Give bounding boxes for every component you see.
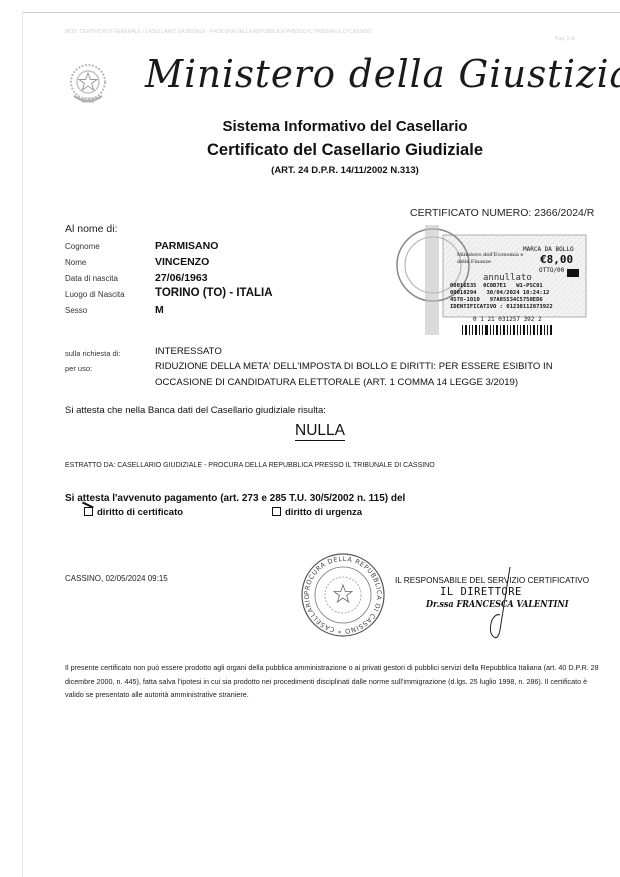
field-label-surname: Cognome (65, 242, 100, 251)
stamp-header: MARCA DA BOLLO (523, 246, 574, 253)
result-statement: Si attesta che nella Banca dati del Case… (65, 405, 326, 416)
result-value: NULLA (0, 422, 620, 440)
stamp-issuer: Ministero dell'Economia e delle Finanze (457, 252, 527, 266)
field-value-name: VINCENZO (155, 256, 209, 268)
field-label-name: Nome (65, 258, 86, 267)
law-reference: (ART. 24 D.P.R. 14/11/2002 N.313) (0, 165, 620, 176)
checkbox-label: diritto di certificato (97, 507, 183, 518)
checkbox-diritto-urgenza: diritto di urgenza (272, 507, 362, 518)
stamp-barcode-number: 0 1 21 031257 392 2 (473, 316, 542, 323)
ministry-title: Ministero della Giustizia (145, 52, 620, 96)
requested-by-value: INTERESSATO (155, 344, 605, 360)
field-value-birthplace: TORINO (TO) - ITALIA (155, 287, 273, 299)
stamp-overprint: annullato (483, 273, 532, 283)
subject-heading: Al nome di: (65, 223, 118, 235)
stamp-code: 4578-1010 (450, 297, 480, 303)
checkbox-diritto-certificato: diritto di certificato (84, 507, 183, 518)
certificate-number: CERTIFICATO NUMERO: 2366/2024/R (410, 207, 594, 219)
field-value-birthdate: 27/06/1963 (155, 272, 208, 284)
use-value: RIDUZIONE DELLA META' DELL'IMPOSTA DI BO… (155, 359, 605, 391)
checked-box-icon (84, 507, 93, 516)
field-label-birthplace: Luogo di Nascita (65, 290, 125, 299)
field-value-surname: PARMISANO (155, 240, 218, 252)
stamp-identifier-label: IDENTIFICATIVO : (450, 304, 503, 310)
legal-footer-note: Il presente certificato non può essere p… (65, 661, 605, 702)
italian-republic-emblem-icon (62, 58, 114, 110)
checkbox-label: diritto di urgenza (285, 507, 362, 518)
stamp-datetime: 30/04/2024 10:24:12 (486, 290, 549, 296)
bleed-through-text: MOD. CERTIFICATO GENERALE / CASELLARIO G… (65, 29, 372, 35)
stamp-code: W1-PSC01 (516, 283, 543, 289)
handwritten-signature-icon (470, 565, 530, 645)
field-value-sex: M (155, 304, 164, 316)
field-label-sex: Sesso (65, 306, 87, 315)
place-date: CASSINO, 02/05/2024 09:15 (65, 574, 168, 583)
use-label: per uso: (65, 364, 92, 373)
stamp-code: 0C0D7E1 (483, 283, 506, 289)
page-edge (22, 12, 620, 13)
bleed-through-text: Pag. 2 di (555, 36, 575, 42)
system-title: Sistema Informativo del Casellario (0, 118, 620, 135)
stamp-amount: €8,00 (540, 253, 573, 266)
requested-by-label: sulla richiesta di: (65, 349, 120, 358)
extract-source: ESTRATTO DA: CASELLARIO GIUDIZIALE - PRO… (65, 462, 435, 469)
stamp-codes: 00016535 0C0D7E1 W1-PSC01 00018294 30/04… (450, 283, 553, 311)
stamp-serial: 00018294 (450, 290, 477, 296)
office-seal-icon: PROCURA DELLA REPUBBLICA DI CASSINO * CA… (300, 552, 386, 638)
result-value-text: NULLA (295, 422, 345, 441)
revenue-stamp: MARCA DA BOLLO Ministero dell'Economia e… (395, 225, 590, 335)
stamp-amount-words: OTTO/00 (539, 267, 564, 274)
stamp-code: 97A85534C5750ED6 (490, 297, 543, 303)
field-label-birthdate: Data di nascita (65, 274, 118, 283)
payment-statement: Si attesta l'avvenuto pagamento (art. 27… (65, 493, 405, 504)
stamp-code: 00016535 (450, 283, 477, 289)
stamp-identifier: 01230112873922 (506, 304, 552, 310)
unchecked-box-icon (272, 507, 281, 516)
document-title: Certificato del Casellario Giudiziale (0, 141, 620, 160)
